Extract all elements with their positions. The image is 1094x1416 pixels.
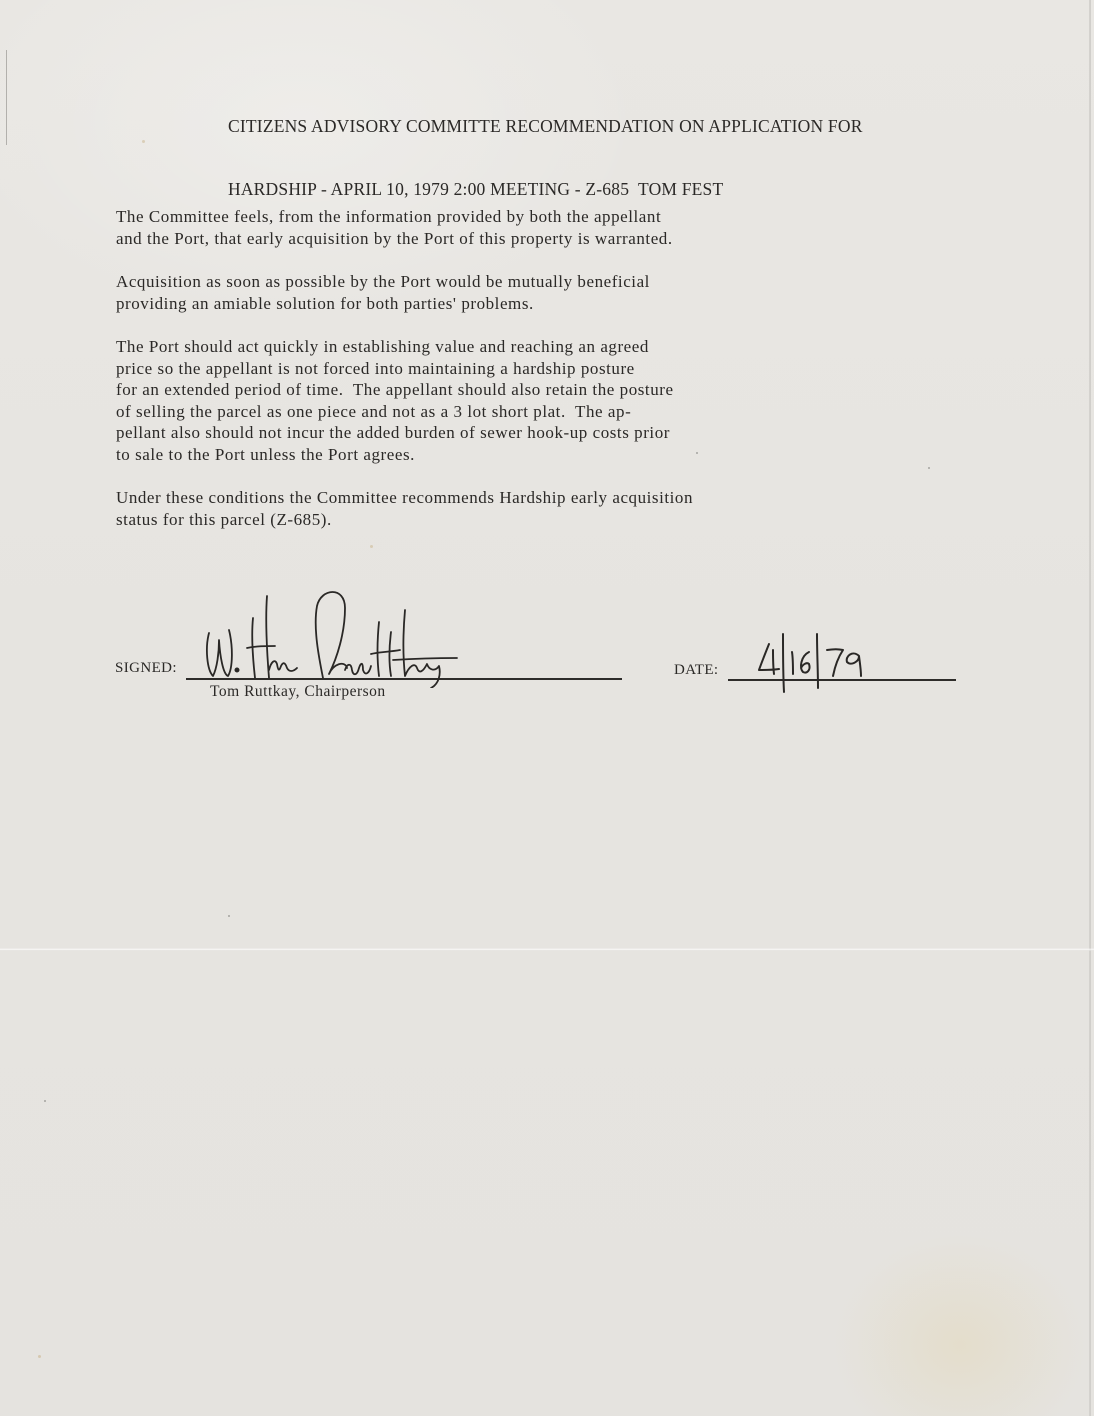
paragraph-port-should-act: The Port should act quickly in establish… (116, 336, 986, 465)
paper-speck (228, 915, 230, 917)
paragraph-acquisition: Acquisition as soon as possible by the P… (116, 271, 986, 314)
paragraph-line: pellant also should not incur the added … (116, 422, 986, 444)
paragraph-line: The Port should act quickly in establish… (116, 336, 986, 358)
paragraph-line: for an extended period of time. The appe… (116, 379, 986, 401)
signed-label: SIGNED: (115, 660, 177, 677)
paper-speck (928, 467, 930, 469)
paper-speck (38, 1355, 41, 1358)
handwritten-date-icon (755, 626, 875, 696)
paragraph-recommendation: Under these conditions the Committee rec… (116, 487, 986, 530)
page-edge-shadow (1089, 0, 1091, 1416)
date-value: 4/16/79 (760, 648, 764, 649)
paragraph-line: Under these conditions the Committee rec… (116, 487, 986, 509)
title-line: CITIZENS ADVISORY COMMITTE RECOMMENDATIO… (228, 116, 863, 137)
handwritten-signature-icon (195, 578, 495, 688)
paper-speck (142, 140, 145, 143)
date-label: DATE: (674, 662, 719, 679)
paragraph-line: The Committee feels, from the informatio… (116, 206, 986, 228)
page-edge-mark (6, 50, 7, 145)
paper-speck (44, 1100, 46, 1102)
paragraph-line: status for this parcel (Z-685). (116, 509, 986, 531)
paragraph-line: of selling the parcel as one piece and n… (116, 401, 986, 423)
paragraph-committee-feels: The Committee feels, from the informatio… (116, 206, 986, 249)
paragraph-line: providing an amiable solution for both p… (116, 293, 986, 315)
paragraph-line: and the Port, that early acquisition by … (116, 228, 986, 250)
paper-fold-line (0, 948, 1094, 951)
title-line: HARDSHIP - APRIL 10, 1979 2:00 MEETING -… (228, 179, 863, 200)
paper-speck (696, 452, 698, 454)
paper-speck (370, 545, 373, 548)
paragraph-line: price so the appellant is not forced int… (116, 358, 986, 380)
signer-name: Tom Ruttkay, Chairperson (210, 683, 386, 701)
paragraph-line: to sale to the Port unless the Port agre… (116, 444, 986, 466)
paragraph-line: Acquisition as soon as possible by the P… (116, 271, 986, 293)
document-page: CITIZENS ADVISORY COMMITTE RECOMMENDATIO… (0, 0, 1094, 1416)
